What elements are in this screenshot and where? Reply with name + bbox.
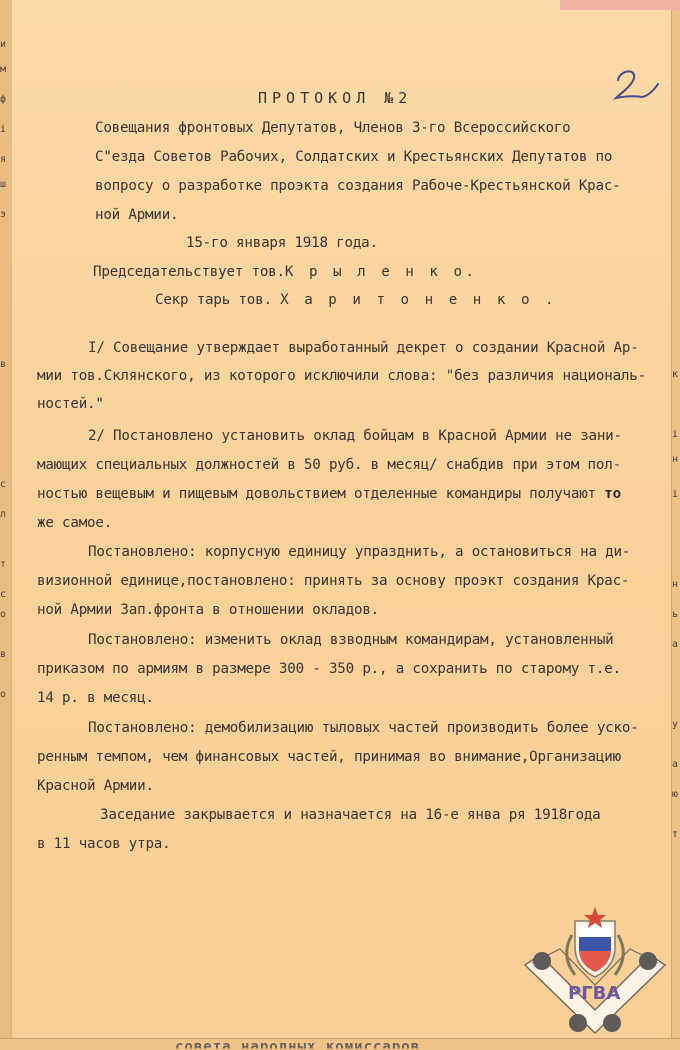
document-title: ПРОТОКОЛ №2 xyxy=(258,89,412,107)
meeting-date: 15-го января 1918 года. xyxy=(186,235,378,251)
paragraph-line: в 11 часов утра. xyxy=(37,836,170,852)
cut-off-header-text: совета народных комиссаров xyxy=(175,1039,420,1050)
adjacent-page-edge-right xyxy=(671,10,680,1050)
heading-line: вопросу о разработке проэкта создания Ра… xyxy=(95,178,621,194)
handwritten-page-number xyxy=(612,66,662,110)
secretary-prefix: Секр тарь тов. xyxy=(155,292,272,308)
rgva-archive-logo: РГВА xyxy=(520,905,670,1044)
rgva-label: РГВА xyxy=(568,983,620,1004)
secretary-name: Х а р и т о н е н к о . xyxy=(280,292,557,308)
heading-line: С"езда Советов Рабочих, Солдатских и Кре… xyxy=(95,149,612,165)
paragraph-line: Заседание закрывается и назначается на 1… xyxy=(100,807,601,823)
paragraph-line: Красной Армии. xyxy=(37,778,154,794)
paragraph-line: Постановлено: корпусную единицу упраздни… xyxy=(88,544,630,560)
page-corner-tint xyxy=(560,0,680,10)
paragraph-line-text: ностью вещевым и пищевым довольствием от… xyxy=(37,486,604,502)
chairman-name: К р ы л е н к о. xyxy=(285,264,478,280)
paragraph-line: ностью вещевым и пищевым довольствием от… xyxy=(37,486,621,502)
heading-line: Совещания фронтовых Депутатов, Членов 3-… xyxy=(95,120,570,136)
paragraph-line: ренным темпом, чем финансовых частей, пр… xyxy=(37,749,621,765)
bold-word: то xyxy=(604,486,621,502)
paragraph-line: I/ Совещание утверждает выработанный дек… xyxy=(88,340,639,356)
heading-line: ной Армии. xyxy=(95,207,178,223)
paragraph-line: Постановлено: демобилизацию тыловых част… xyxy=(88,720,639,736)
paragraph-line: мии тов.Склянского, из которого исключил… xyxy=(37,368,646,384)
paragraph-line: Постановлено: изменить оклад взводным ко… xyxy=(88,632,614,648)
paragraph-line: приказом по армиям в размере 300 - 350 р… xyxy=(37,661,621,677)
paragraph-line: ной Армии Зап.фронта в отношении окладов… xyxy=(37,602,379,618)
paragraph-line: визионной единице,постановлено: принять … xyxy=(37,573,629,589)
paragraph-line: ностей." xyxy=(37,396,104,412)
paragraph-line: мающих специальных должностей в 50 руб. … xyxy=(37,457,621,473)
chairman-prefix: Председательствует тов. xyxy=(93,264,285,280)
paragraph-line: 2/ Постановлено установить оклад бойцам … xyxy=(88,428,622,444)
paragraph-line: же самое. xyxy=(37,515,112,531)
paragraph-line: 14 р. в месяц. xyxy=(37,690,154,706)
chairman-line: Председательствует тов.К р ы л е н к о. xyxy=(93,264,478,280)
secretary-line: Секр тарь тов. Х а р и т о н е н к о . xyxy=(155,292,557,308)
